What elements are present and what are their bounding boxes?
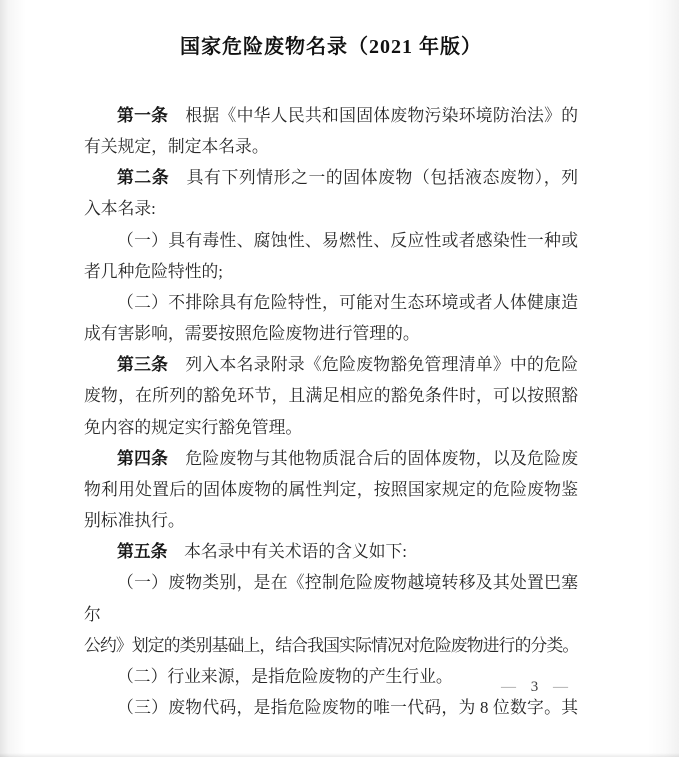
article-label: 第四条	[117, 449, 168, 468]
body-line: 第四条 危险废物与其他物质混合后的固体废物，以及危险废	[84, 443, 578, 474]
page-number-value: 3	[531, 679, 539, 695]
article-label: 第二条	[117, 168, 169, 187]
body-line: 免内容的规定实行豁免管理。	[84, 412, 578, 443]
body-line: 废物，在所列的豁免环节，且满足相应的豁免条件时，可以按照豁	[84, 380, 578, 411]
body-line: 第五条 本名录中有关术语的含义如下:	[84, 536, 578, 567]
body-line: （一）具有毒性、腐蚀性、易燃性、反应性或者感染性一种或	[84, 225, 578, 256]
body-line: （三）废物代码，是指危险废物的唯一代码，为 8 位数字。其	[84, 692, 578, 723]
body-line: 别标准执行。	[84, 505, 578, 536]
body-line: 成有害影响，需要按照危险废物进行管理的。	[84, 318, 578, 349]
body-line: （二）不排除具有危险特性，可能对生态环境或者人体健康造	[84, 287, 578, 318]
body-line: 物利用处置后的固体废物的属性判定，按照国家规定的危险废物鉴	[84, 474, 578, 505]
body-line: 第三条 列入本名录附录《危险废物豁免管理清单》中的危险	[84, 349, 578, 380]
article-label: 第三条	[117, 355, 168, 374]
body-line: 第一条 根据《中华人民共和国固体废物污染环境防治法》的	[84, 100, 578, 131]
document-body: 第一条 根据《中华人民共和国固体废物污染环境防治法》的有关规定，制定本名录。第二…	[84, 100, 578, 723]
page-number-dash-left: —	[501, 679, 516, 695]
document-title: 国家危险废物名录（2021 年版）	[84, 33, 578, 61]
page-number: — 3 —	[84, 678, 578, 696]
body-line: 者几种危险特性的;	[84, 256, 578, 287]
body-line: 有关规定，制定本名录。	[84, 131, 578, 162]
body-line: （一）废物类别，是在《控制危险废物越境转移及其处置巴塞尔	[84, 567, 578, 629]
page-number-dash-right: —	[553, 679, 568, 695]
body-line: 第二条 具有下列情形之一的固体废物（包括液态废物），列	[84, 162, 578, 193]
document-page: 国家危险废物名录（2021 年版） 第一条 根据《中华人民共和国固体废物污染环境…	[0, 0, 679, 757]
body-line: 公约》划定的类别基础上，结合我国实际情况对危险废物进行的分类。	[84, 630, 578, 661]
article-label: 第一条	[117, 106, 168, 125]
article-label: 第五条	[117, 542, 167, 561]
body-line: 入本名录:	[84, 193, 578, 224]
